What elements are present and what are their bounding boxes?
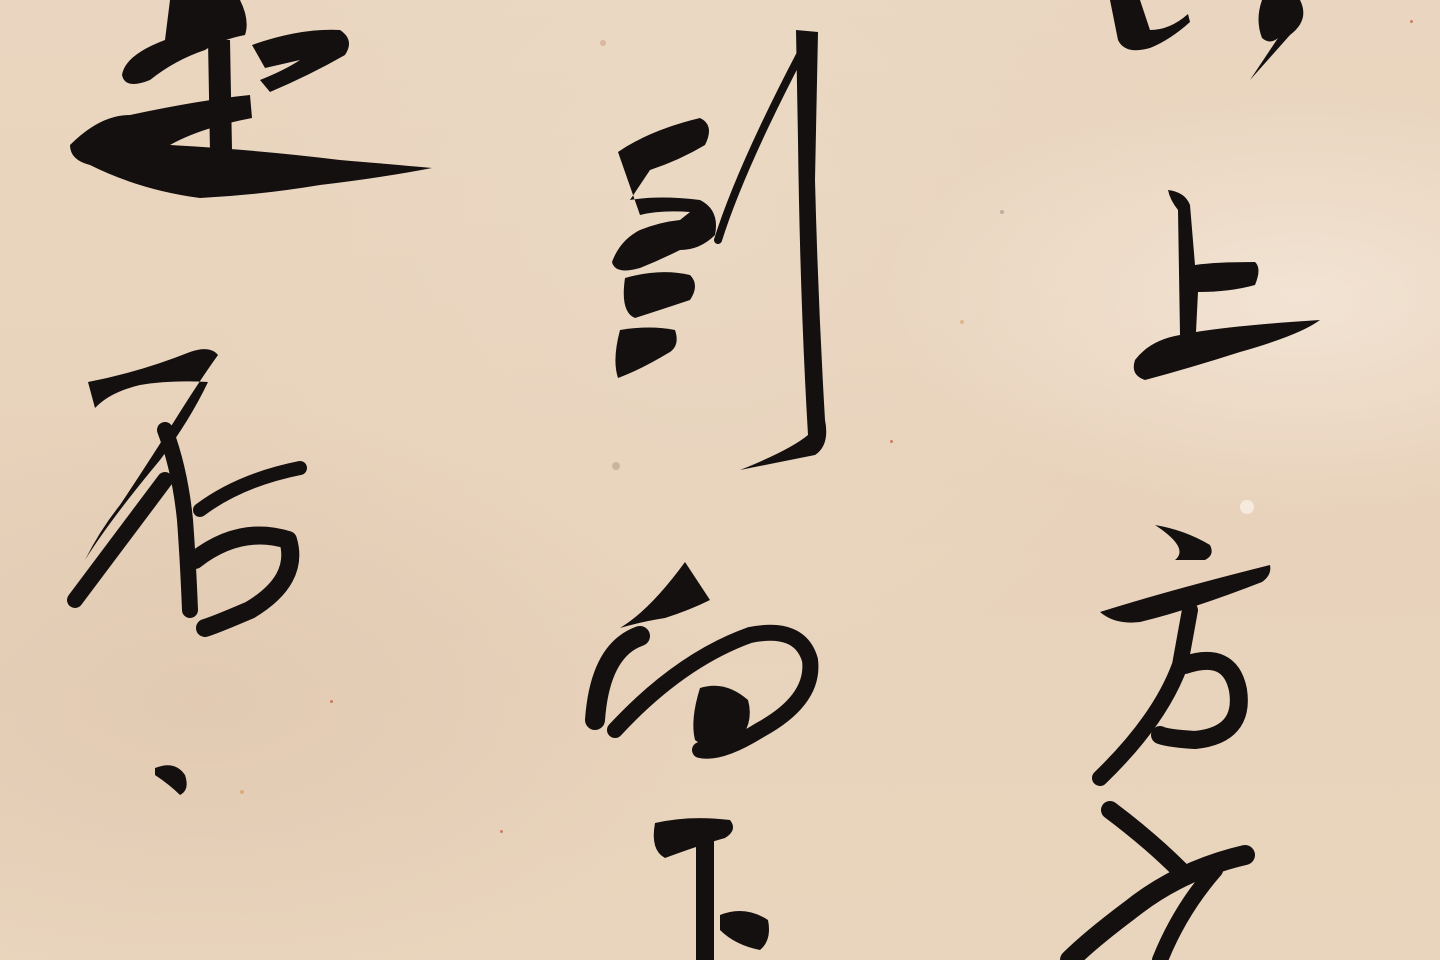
character-ju [75,349,300,628]
character-shang [1134,190,1320,380]
character-dao [612,30,826,470]
ink-strokes [0,0,1440,960]
character-xia [654,818,769,960]
character-bottom-fragment [1070,810,1245,960]
character-mian [595,562,810,751]
character-top-fragment [1110,0,1303,80]
character-shi [70,0,432,198]
dot-stroke [155,765,187,795]
calligraphy-artwork: Chinese cursive calligraphy on aged pape… [0,0,1440,960]
character-fang [1100,525,1270,778]
